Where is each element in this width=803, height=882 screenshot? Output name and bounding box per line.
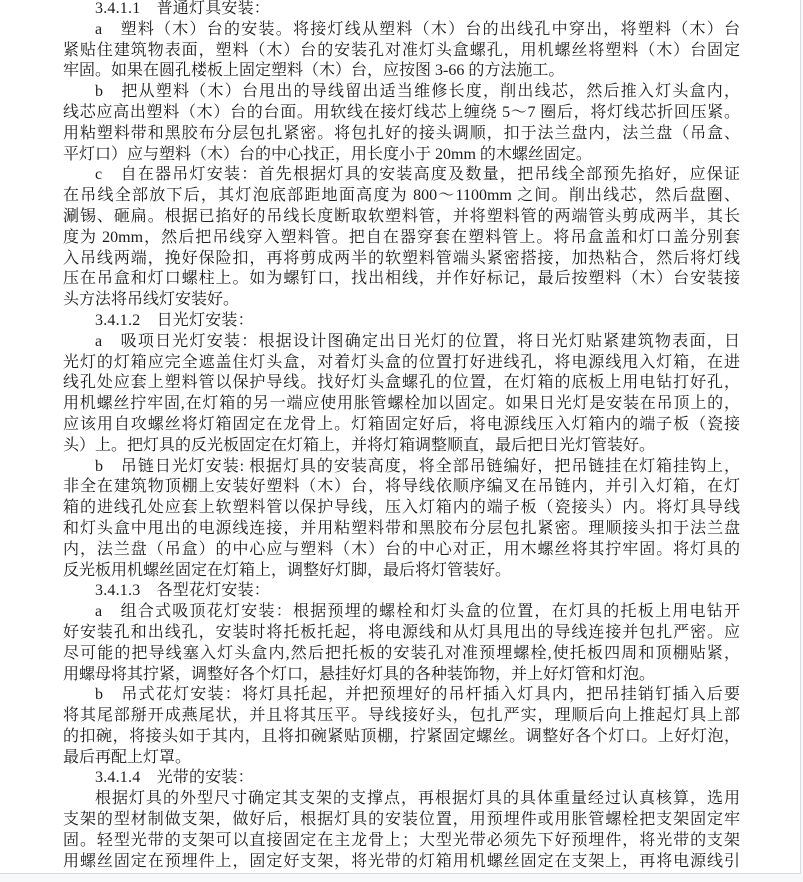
text-line: 线孔处应套上塑料管以保护导线。找好灯头盒螺孔的位置，在灯箱的底板上用电钻打好孔， xyxy=(63,373,740,394)
text-line: a 塑料（木）台的安装。将接灯线从塑料（木）台的出线孔中穿出，将塑料（木）台 xyxy=(63,20,740,41)
text-line: b 吊链日光灯安装: 根据灯具的安装高度，将全部吊链编好，把吊链挂在灯箱挂钩上， xyxy=(63,457,740,478)
section-heading: 3.4.1.2 日光灯安装： xyxy=(63,311,740,332)
text-line: 反光板用机螺丝固定在灯箱上，调整好灯脚，最后将灯管装好。 xyxy=(63,561,740,582)
text-line: 用粘塑料带和黑胶布分层包扎紧密。将包扎好的接头调顺，扣于法兰盘内，法兰盘（吊盒、 xyxy=(63,124,740,145)
text-line: 的扣碗，将接头如于其内，且将扣碗紧贴顶棚，拧紧固定螺丝。调整好各个灯口。上好灯泡… xyxy=(63,727,740,748)
text-line: 非全在建筑物顶棚上安装好塑料（木）台，将导线依顺序编叉在吊链内，并引入灯箱，在灯 xyxy=(63,477,740,498)
text-line: 头方法将吊线灯安装好。 xyxy=(63,290,740,311)
text-line: 用机螺丝拧牢固,在灯箱的另一端应使用胀管螺栓加以固定。如果日光灯是安装在吊顶上的… xyxy=(63,394,740,415)
text-line: 固。轻型光带的支架可以直接固定在主龙骨上；大型光带必须先下好预埋件，将光带的支架 xyxy=(63,831,740,852)
text-line: a 吸项日光灯安装：根据设计图确定出日光灯的位置，将日光灯贴紧建筑物表面，日 xyxy=(63,332,740,353)
document-body: 3.4.1.1 普通灯具安装：a 塑料（木）台的安装。将接灯线从塑料（木）台的出… xyxy=(63,0,740,872)
text-line: 箱的进线孔处应套上软塑料管以保护导线，压入灯箱内的端子板（瓷接头）内。将灯具导线 xyxy=(63,498,740,519)
text-line: 度为 20mm，然后把吊线穿入塑料管。把自在器穿套在塑料管上。将吊盒盖和灯口盖分… xyxy=(63,228,740,249)
text-line: 内，法兰盘（吊盒）的中心应与塑料（木）台的中心对正，用木螺丝将其拧牢固。将灯具的 xyxy=(63,540,740,561)
text-line: 在吊线全部放下后，其灯泡底部距地面高度为 800～1100mm 之间。削出线芯，… xyxy=(63,186,740,207)
text-line: 涮锡、砸扁。根据已掐好的吊线长度断取软塑料管，并将塑料管的两端管头剪成两半，其长 xyxy=(63,207,740,228)
text-line: a 组合式吸顶花灯安装：根据预埋的螺栓和灯头盒的位置，在灯具的托板上用电钻开 xyxy=(63,602,740,623)
text-line: 和灯头盒中甩出的电源线连接，并用粘塑料带和黑胶布分层包扎紧密。理顺接头扣于法兰盘 xyxy=(63,519,740,540)
text-line: b 吊式花灯安装：将灯具托起，并把预埋好的吊杆插入灯具内，把吊挂销钉插入后要 xyxy=(63,685,740,706)
text-line: 将其尾部掰开成燕尾状，并且将其压平。导线接好头，包扎严实，理顺后向上推起灯具上部 xyxy=(63,706,740,727)
text-line: 牢固。如果在圆孔楼板上固定塑料（木）台，应按图 3-66 的方法施工。 xyxy=(63,61,740,82)
text-line: 用螺丝固定在预埋件上，固定好支架，将光带的灯箱用机螺丝固定在支架上，再将电源线引 xyxy=(63,852,740,873)
text-line: 最后再配上灯罩。 xyxy=(63,748,740,769)
text-line: 支架的型材制做支架，做好后，根据灯具的安装位置，用预埋件或用胀管螺栓把支架固定牢 xyxy=(63,810,740,831)
text-line: 应该用自攻螺丝将灯箱固定在龙骨上。灯箱固定好后，将电源线压入灯箱内的端子板（瓷接 xyxy=(63,415,740,436)
section-heading: 3.4.1.4 光带的安装： xyxy=(63,768,740,789)
text-line: 尽可能的把导线塞入灯头盒内,然后把托板的安装孔对准预埋螺栓,使托板四周和顶棚贴紧… xyxy=(63,644,740,665)
document-page: 3.4.1.1 普通灯具安装：a 塑料（木）台的安装。将接灯线从塑料（木）台的出… xyxy=(0,0,801,874)
section-heading: 3.4.1.1 普通灯具安装： xyxy=(63,0,740,20)
text-line: 好安装孔和出线孔，安装时将托板托起，将电源线和从灯具甩出的导线连接并包扎严密。应 xyxy=(63,623,740,644)
text-line: 入吊线两端，挽好保险扣，再将剪成两半的软塑料管端头紧密搭接，加热粘合，然后将灯线 xyxy=(63,249,740,270)
text-line: 紧贴住建筑物表面，塑料（木）台的安装孔对准灯头盒螺孔，用机螺丝将塑料（木）台固定 xyxy=(63,41,740,62)
text-line: 压在吊盒和灯口螺柱上。如为螺钉口，找出相线，并作好标记，最后按塑料（木）台安装接 xyxy=(63,269,740,290)
text-line: c 自在器吊灯安装：首先根据灯具的安装高度及数量，把吊线全部预先掐好，应保证 xyxy=(63,165,740,186)
text-line: 头）上。把灯具的反光板固定在灯箱上，并将灯箱调整顺直，最后把日光灯管装好。 xyxy=(63,436,740,457)
text-line: 平灯口）应与塑料（木）台的中心找正，用长度小于 20mm 的木螺丝固定。 xyxy=(63,145,740,166)
text-line: 根据灯具的外型尺寸确定其支架的支撑点，再根据灯具的具体重量经过认真核算，选用 xyxy=(63,789,740,810)
text-line: 线芯应高出塑料（木）台的台面。用软线在接灯线芯上缠绕 5～7 圈后，将灯线芯折回… xyxy=(63,103,740,124)
text-line: 用螺母将其拧紧，调整好各个灯口，悬挂好灯具的各种装饰物，并上好灯管和灯泡。 xyxy=(63,665,740,686)
section-heading: 3.4.1.3 各型花灯安装： xyxy=(63,581,740,602)
text-line: b 把从塑料（木）台甩出的导线留出适当维修长度，削出线芯，然后推入灯头盒内， xyxy=(63,82,740,103)
text-line: 光灯的灯箱应完全遮盖住灯头盒，对着灯头盒的位置打好进线孔，将电源线甩入灯箱，在进 xyxy=(63,353,740,374)
